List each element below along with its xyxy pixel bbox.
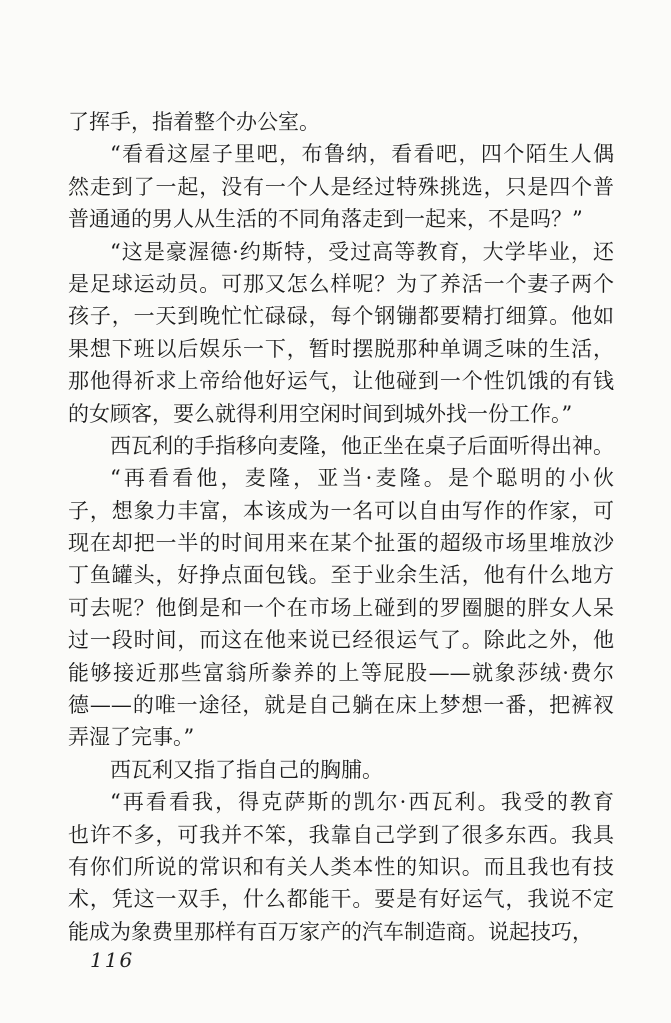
text-line: “看看这屋子里吧，布鲁纳，看看吧，四个陌生人偶: [68, 138, 614, 170]
page-number: 116: [90, 948, 134, 972]
text-line: 丁鱼罐头，好挣点面包钱。至于业余生活，他有什么地方: [68, 559, 614, 591]
text-line: 现在却把一半的时间用来在某个扯蛋的超级市场里堆放沙: [68, 527, 614, 559]
text-line: 的女顾客，要么就得利用空闲时间到城外找一份工作。”: [68, 398, 614, 430]
book-page: 了挥手，指着整个办公室。“看看这屋子里吧，布鲁纳，看看吧，四个陌生人偶然走到了一…: [0, 0, 671, 1023]
text-line: 有你们所说的常识和有关人类本性的知识。而且我也有技: [68, 851, 614, 883]
text-line: 能成为象费里那样有百万家产的汽车制造商。说起技巧，: [68, 916, 614, 948]
page-text: 了挥手，指着整个办公室。“看看这屋子里吧，布鲁纳，看看吧，四个陌生人偶然走到了一…: [68, 106, 614, 948]
text-line: “再看看我，得克萨斯的凯尔·西瓦利。我受的教育: [68, 786, 614, 818]
text-line: 了挥手，指着整个办公室。: [68, 106, 614, 138]
text-line: 普通通的男人从生活的不同角落走到一起来，不是吗？”: [68, 203, 614, 235]
text-line: 能够接近那些富翁所豢养的上等屁股——就象莎绒·费尔: [68, 657, 614, 689]
text-line: 也许不多，可我并不笨，我靠自己学到了很多东西。我具: [68, 819, 614, 851]
text-line: 果想下班以后娱乐一下，暂时摆脱那种单调乏味的生活，: [68, 333, 614, 365]
text-line: 可去呢？他倒是和一个在市场上碰到的罗圈腿的胖女人呆: [68, 592, 614, 624]
text-line: 德——的唯一途径，就是自己躺在床上梦想一番，把裤衩: [68, 689, 614, 721]
text-line: 子，想象力丰富，本该成为一名可以自由写作的作家，可: [68, 495, 614, 527]
text-line: 西瓦利的手指移向麦隆，他正坐在桌子后面听得出神。: [68, 430, 614, 462]
text-line: 是足球运动员。可那又怎么样呢？为了养活一个妻子两个: [68, 268, 614, 300]
text-line: 术，凭这一双手，什么都能干。要是有好运气，我说不定: [68, 883, 614, 915]
text-line: “这是豪渥德·约斯特，受过高等教育，大学毕业，还: [68, 236, 614, 268]
text-line: 然走到了一起，没有一个人是经过特殊挑选，只是四个普: [68, 171, 614, 203]
text-line: “再看看他，麦隆，亚当·麦隆。是个聪明的小伙: [68, 462, 614, 494]
text-line: 弄湿了完事。”: [68, 721, 614, 753]
text-line: 那他得祈求上帝给他好运气，让他碰到一个性饥饿的有钱: [68, 365, 614, 397]
text-line: 过一段时间，而这在他来说已经很运气了。除此之外，他: [68, 624, 614, 656]
text-line: 孩子，一天到晚忙忙碌碌，每个钢镚都要精打细算。他如: [68, 300, 614, 332]
text-line: 西瓦利又指了指自己的胸脯。: [68, 754, 614, 786]
